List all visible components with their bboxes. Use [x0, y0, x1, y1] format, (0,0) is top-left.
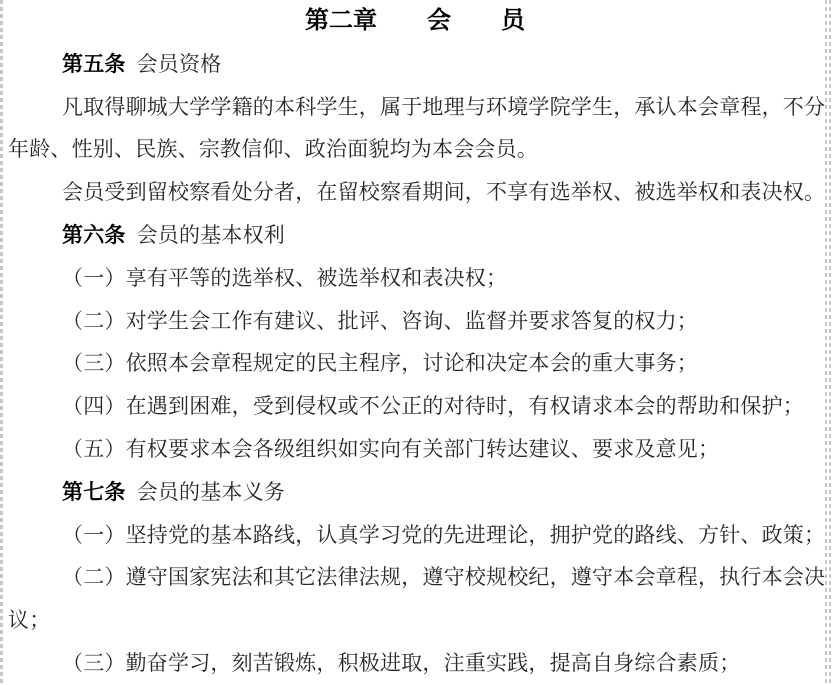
- text-line: （一）坚持党的基本路线，认真学习党的先进理论，拥护党的路线、方针、政策；: [8, 514, 822, 557]
- text-line: 会员受到留校察看处分者，在留校察看期间，不享有选举权、被选举权和表决权。: [8, 171, 822, 214]
- text-line: （三）依照本会章程规定的民主程序，讨论和决定本会的重大事务；: [8, 342, 822, 385]
- document-content: 第二章会员 第五条会员资格凡取得聊城大学学籍的本科学生，属于地理与环境学院学生，…: [8, 0, 822, 685]
- chapter-name-char-2: 员: [501, 8, 525, 34]
- text-line: （五）有权要求本会各级组织如实向有关部门转达建议、要求及意见；: [8, 428, 822, 471]
- article-heading-line: 第七条会员的基本义务: [8, 471, 822, 514]
- article-title: 会员的基本权利: [137, 223, 285, 247]
- text-line: （二）对学生会工作有建议、批评、咨询、监督并要求答复的权力；: [8, 300, 822, 343]
- article-title: 会员资格: [137, 52, 222, 76]
- text-line: （一）享有平等的选举权、被选举权和表决权；: [8, 257, 822, 300]
- article-number: 第七条: [62, 480, 126, 504]
- page-boundary-right-dashed-line: [825, 0, 827, 685]
- document-body: 第五条会员资格凡取得聊城大学学籍的本科学生，属于地理与环境学院学生，承认本会章程…: [8, 43, 822, 685]
- chapter-name-char-1: 会: [427, 8, 451, 34]
- page-boundary-left-dashed-line: [0, 0, 3, 685]
- article-heading-line: 第六条会员的基本权利: [8, 214, 822, 257]
- text-line: 年龄、性别、民族、宗教信仰、政治面貌均为本会会员。: [8, 128, 822, 171]
- article-number: 第五条: [62, 52, 126, 76]
- article-heading-line: 第五条会员资格: [8, 43, 822, 86]
- text-line: 凡取得聊城大学学籍的本科学生，属于地理与环境学院学生，承认本会章程，不分: [8, 86, 822, 129]
- text-line: （四）在遇到困难，受到侵权或不公正的对待时，有权请求本会的帮助和保护；: [8, 385, 822, 428]
- chapter-title: 第二章会员: [8, 0, 822, 43]
- text-line: （三）勤奋学习，刻苦锻炼，积极进取，注重实践，提高自身综合素质；: [8, 642, 822, 685]
- text-line: 议；: [8, 599, 822, 642]
- article-number: 第六条: [62, 223, 126, 247]
- chapter-number: 第二章: [305, 8, 377, 34]
- text-line: （二）遵守国家宪法和其它法律法规，遵守校规校纪，遵守本会章程，执行本会决: [8, 556, 822, 599]
- page-edge-right-dashed-line: [829, 0, 831, 685]
- article-title: 会员的基本义务: [137, 480, 285, 504]
- document-page: 第二章会员 第五条会员资格凡取得聊城大学学籍的本科学生，属于地理与环境学院学生，…: [0, 0, 832, 685]
